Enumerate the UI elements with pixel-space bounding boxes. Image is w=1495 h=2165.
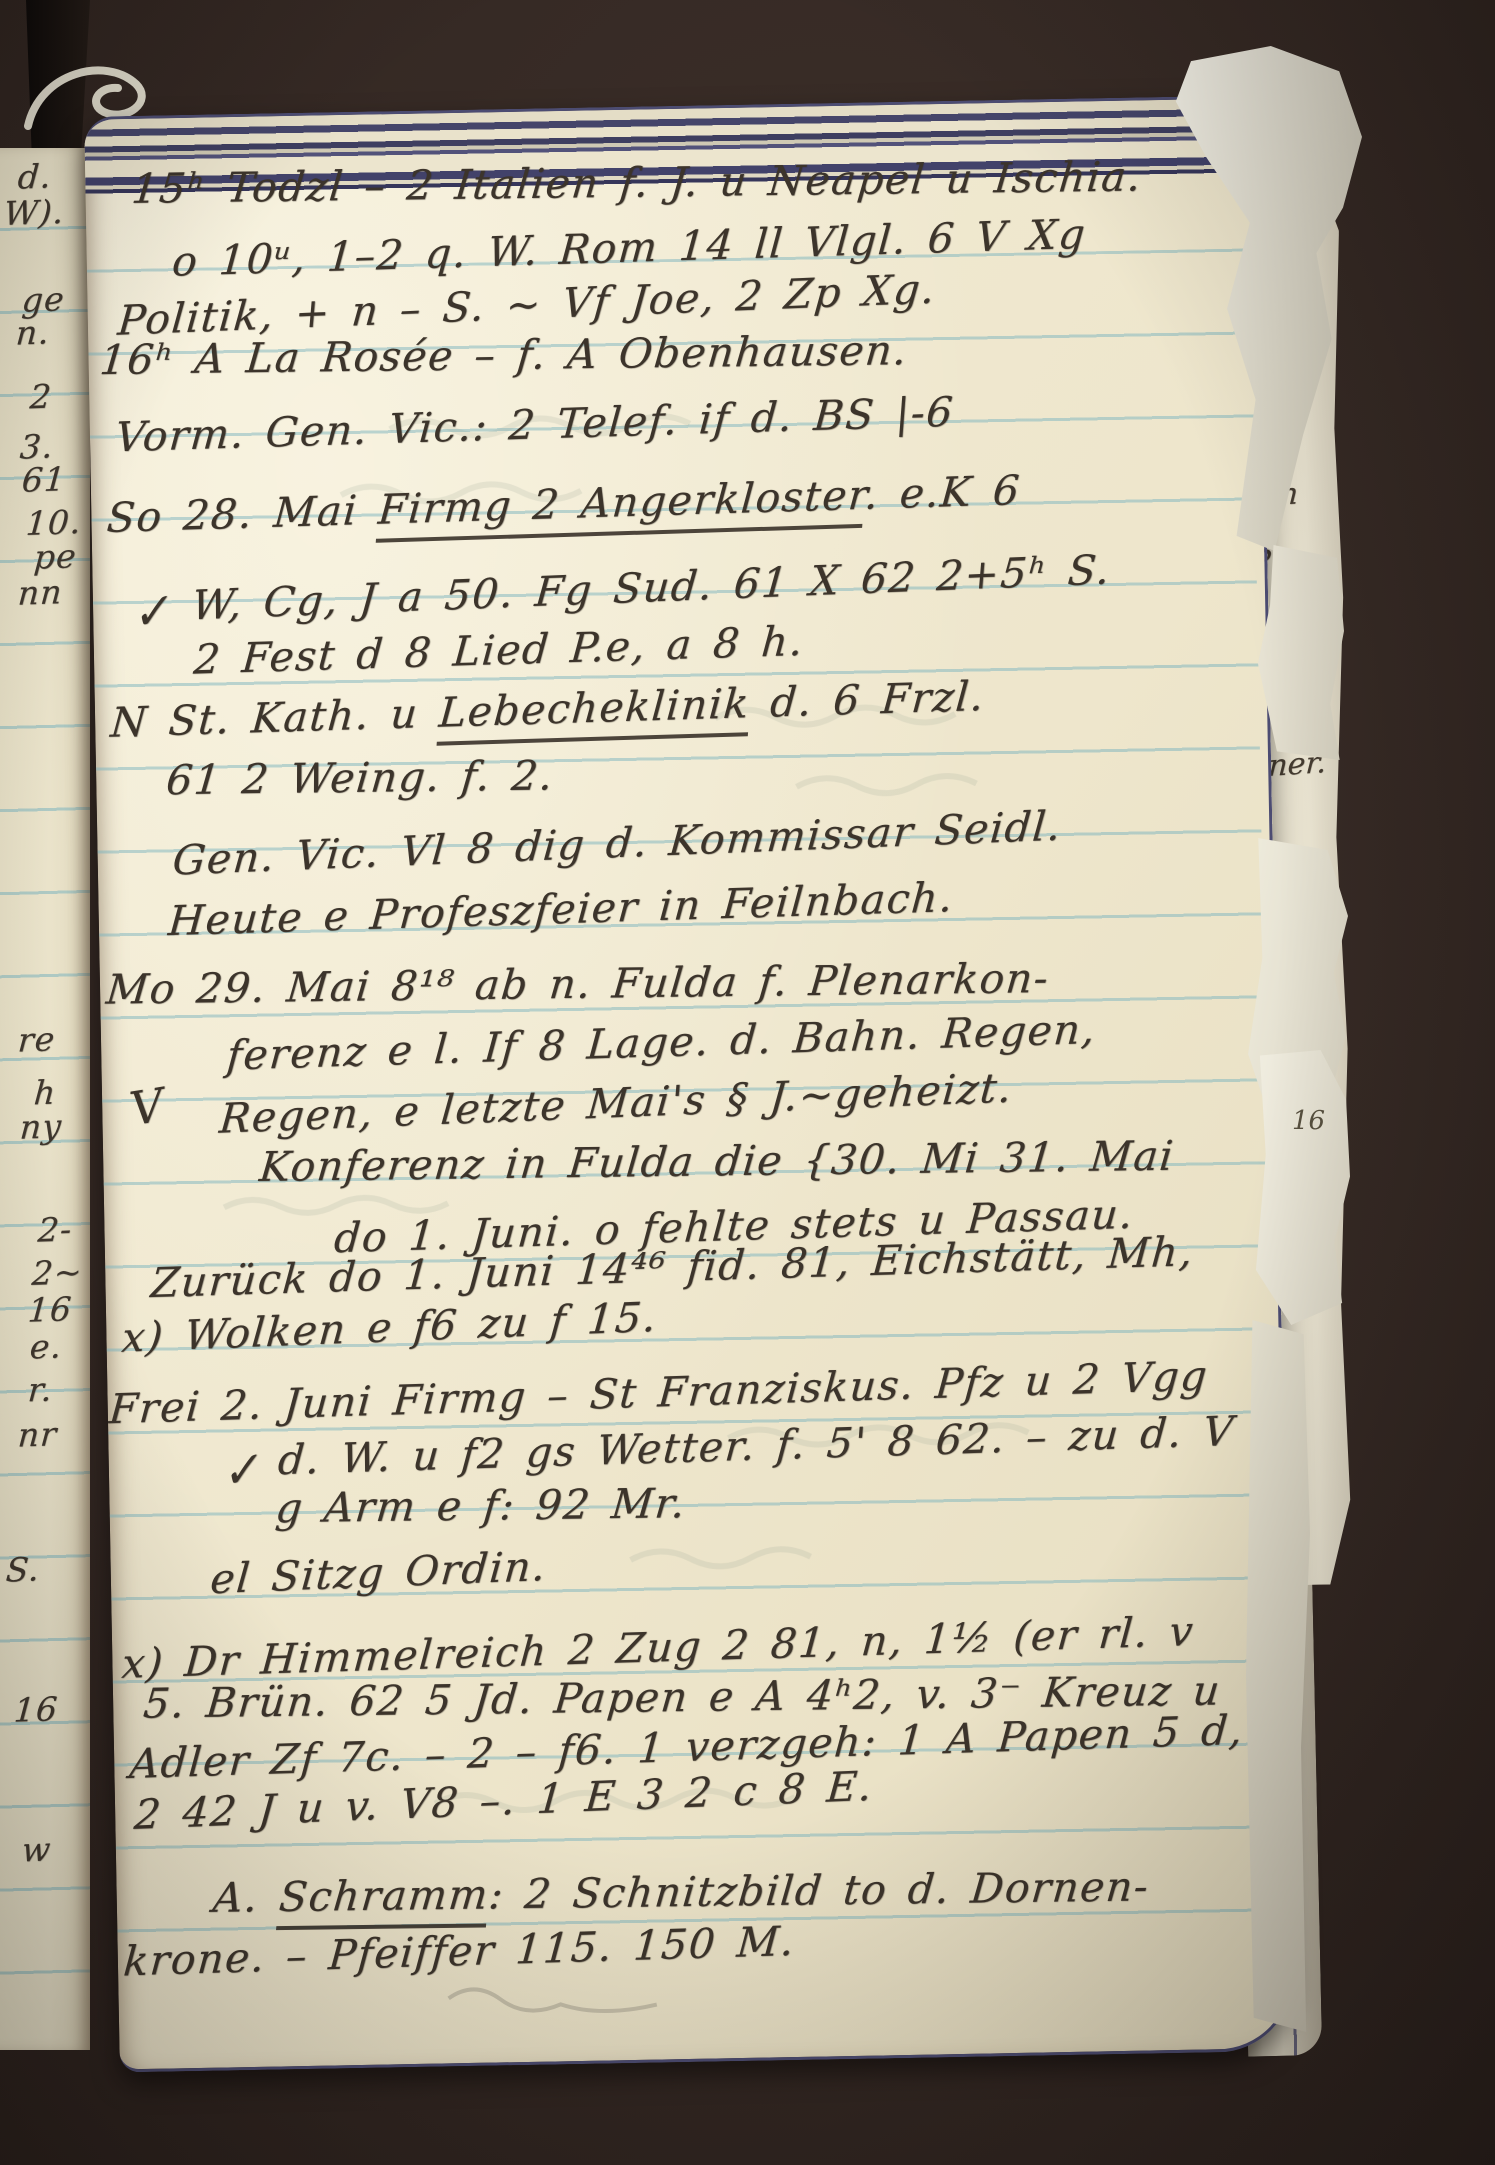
edge-fragment: 16 bbox=[27, 1292, 73, 1327]
edge-fragment: W). bbox=[3, 195, 66, 230]
edge-fragment: re bbox=[17, 1022, 57, 1056]
page-number-fragment: 16 bbox=[1292, 1108, 1325, 1134]
line-suffix: d. 6 Frzl. bbox=[748, 672, 987, 727]
handwriting-line: 61 2 Weing. f. 2. bbox=[164, 754, 555, 802]
edge-fragment: 2- bbox=[37, 1212, 74, 1246]
handwriting-line: 16ʰ A La Rosée – f. A Obenhausen. bbox=[98, 329, 910, 382]
check-mark: V bbox=[127, 1081, 167, 1132]
edge-fragment: pe bbox=[33, 539, 78, 573]
line-prefix: A. bbox=[211, 1873, 282, 1922]
edge-fragment: e. bbox=[29, 1329, 63, 1363]
edge-fragment: 61 bbox=[21, 462, 67, 497]
edge-fragment: S. bbox=[5, 1552, 41, 1586]
edge-fragment: d. bbox=[17, 159, 53, 193]
edge-fragment: ge bbox=[21, 282, 66, 316]
edge-fragment: nr bbox=[17, 1417, 58, 1451]
diary-page: 15ʰ Todzl – 2 Italien f. J. u Neapel u I… bbox=[84, 95, 1295, 2072]
edge-fragment: nn bbox=[17, 575, 64, 610]
line-suffix: . e.K 6 bbox=[863, 466, 1022, 519]
underlined-phrase: Schramm bbox=[276, 1870, 491, 1930]
edge-fragment: w bbox=[21, 1832, 53, 1866]
handwriting-line: Konferenz in Fulda die {30. Mi 31. Mai bbox=[258, 1135, 1176, 1189]
left-page-sliver: d. W). ge n. 2 3. 61 10. pe nn re h ny 2… bbox=[0, 148, 90, 2050]
handwriting-line: g Arm e f: 92 Mr. bbox=[274, 1482, 688, 1530]
handwriting-line: A. Schramm: 2 Schnitzbild to d. Dornen- bbox=[211, 1865, 1151, 1920]
edge-fragment: r. bbox=[27, 1373, 54, 1407]
edge-fragment: h bbox=[33, 1076, 58, 1110]
line-suffix: : 2 Schnitzbild to d. Dornen- bbox=[487, 1862, 1152, 1918]
edge-fragment: n. bbox=[15, 315, 51, 349]
edge-fragment: ny bbox=[19, 1109, 63, 1143]
edge-fragment: 16 bbox=[13, 1692, 59, 1727]
line-prefix: N St. Kath. u bbox=[109, 689, 441, 747]
torn-paper-strip bbox=[1246, 1320, 1310, 2032]
check-mark: ✓ bbox=[128, 586, 173, 637]
edge-fragment: 10. bbox=[25, 505, 83, 540]
line-prefix: So 28. Mai bbox=[105, 486, 380, 542]
edge-fragment: 3. bbox=[19, 429, 55, 463]
check-mark: ✓ bbox=[218, 1444, 263, 1495]
edge-fragment: 2~ bbox=[31, 1255, 84, 1290]
notebook-scan: d. W). ge n. 2 3. 61 10. pe nn re h ny 2… bbox=[0, 0, 1495, 2165]
edge-fragment: 2 bbox=[29, 380, 53, 414]
torn-paper-stub: 16 bbox=[1252, 1050, 1350, 1325]
underlined-phrase: Lebecheklinik bbox=[437, 679, 752, 746]
handwriting-line: Mo 29. Mai 8¹⁸ ab n. Fulda f. Plenarkon- bbox=[104, 957, 1051, 1012]
